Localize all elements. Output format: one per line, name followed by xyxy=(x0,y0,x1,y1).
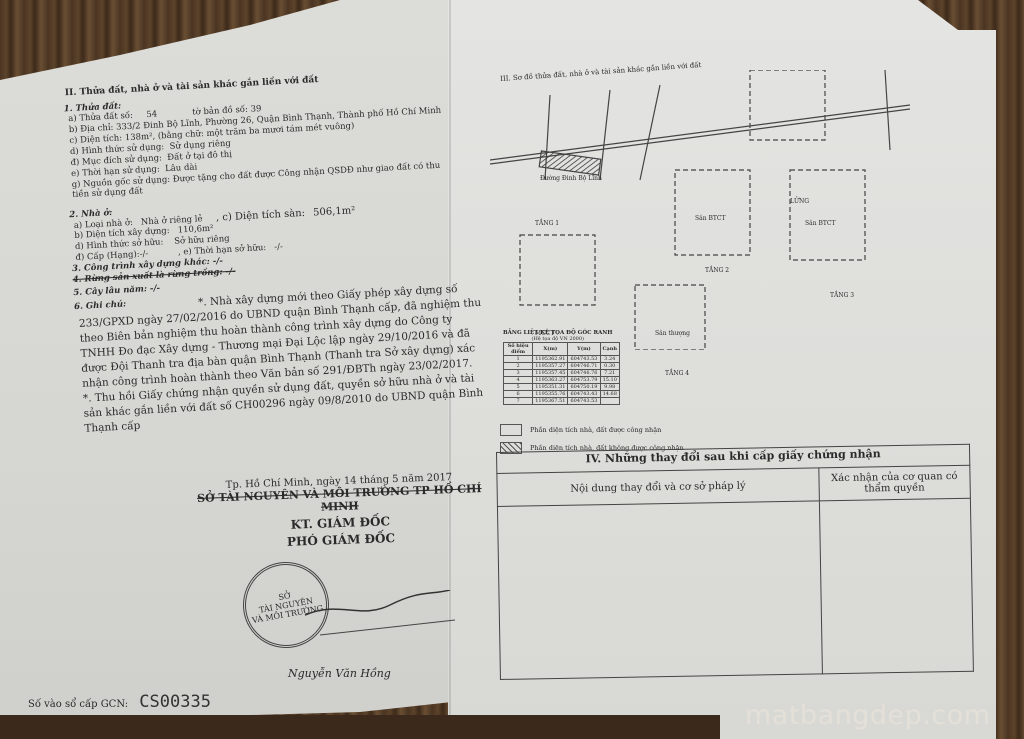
table-row: 31195357.45604746.767.21 xyxy=(504,370,620,377)
watermark: matbangdep.com xyxy=(745,700,991,731)
coord-table-container: Số hiệu điểmX(m)Y(m)Cạnh 11195362.916047… xyxy=(503,342,620,418)
floor-label-4: TẦNG 4 xyxy=(665,370,689,377)
table-row: 71195367.51604743.53 xyxy=(504,398,620,405)
authority-confirm-cell xyxy=(819,498,973,674)
handwritten-signature xyxy=(300,590,460,640)
room-label: Sân thượng xyxy=(655,330,690,337)
signature-block: Tp. Hồ Chí Minh, ngày 14 tháng 5 năm 201… xyxy=(179,470,501,552)
col-authority-confirm: Xác nhận của cơ quan có thẩm quyền xyxy=(818,465,970,501)
table-row: 41195363.27604753.7915.10 xyxy=(504,377,620,384)
floor-label-1: TẦNG 1 xyxy=(535,220,559,227)
table-surface xyxy=(0,715,720,739)
table-row: 11195362.91604743.533.24 xyxy=(504,356,620,363)
floor-label-mezzanine: LỬNG xyxy=(790,198,809,205)
coord-table-header: Y(m) xyxy=(568,343,600,356)
coord-table-header: Số hiệu điểm xyxy=(504,343,533,356)
room-label: Sân BTCT xyxy=(805,220,835,227)
coord-table-header: Cạnh xyxy=(600,343,620,356)
registry-value: CS00335 xyxy=(139,692,211,712)
section4-changes: IV. Những thay đổi sau khi cấp giấy chứn… xyxy=(496,444,974,680)
legend-item-recognized: Phần diện tích nhà, đất được công nhận xyxy=(500,424,684,436)
signer-name: Nguyễn Văn Hồng xyxy=(288,667,391,680)
change-content-cell xyxy=(497,501,822,680)
room-label: Sân BTCT xyxy=(695,215,725,222)
coord-table-title: BẢNG LIỆT KÊ TỌA ĐỘ GÓC RANH (Hệ tọa độ … xyxy=(503,330,613,342)
floor-label-2: TẦNG 2 xyxy=(705,267,729,274)
coord-table: Số hiệu điểmX(m)Y(m)Cạnh 11195362.916047… xyxy=(503,342,620,405)
col-change-content: Nội dung thay đổi và cơ sở pháp lý xyxy=(497,468,819,507)
table-row: 21195357.27604746.710.30 xyxy=(504,363,620,370)
road-label: Đường Đinh Bộ Lĩnh xyxy=(540,175,602,182)
registry-label: Số vào sổ cấp GCN: xyxy=(28,699,128,710)
floor-label-3: TẦNG 3 xyxy=(830,292,854,299)
plain-box-icon xyxy=(500,424,522,436)
table-row: 51195351.31604750.199.98 xyxy=(504,384,620,391)
table-row: 61195355.76604743.4314.68 xyxy=(504,391,620,398)
changes-table: IV. Những thay đổi sau khi cấp giấy chứn… xyxy=(496,444,974,680)
registry-number: Số vào sổ cấp GCN: CS00335 xyxy=(28,692,211,712)
floor-plan-drawing xyxy=(490,70,910,350)
coord-table-header: X(m) xyxy=(533,343,568,356)
